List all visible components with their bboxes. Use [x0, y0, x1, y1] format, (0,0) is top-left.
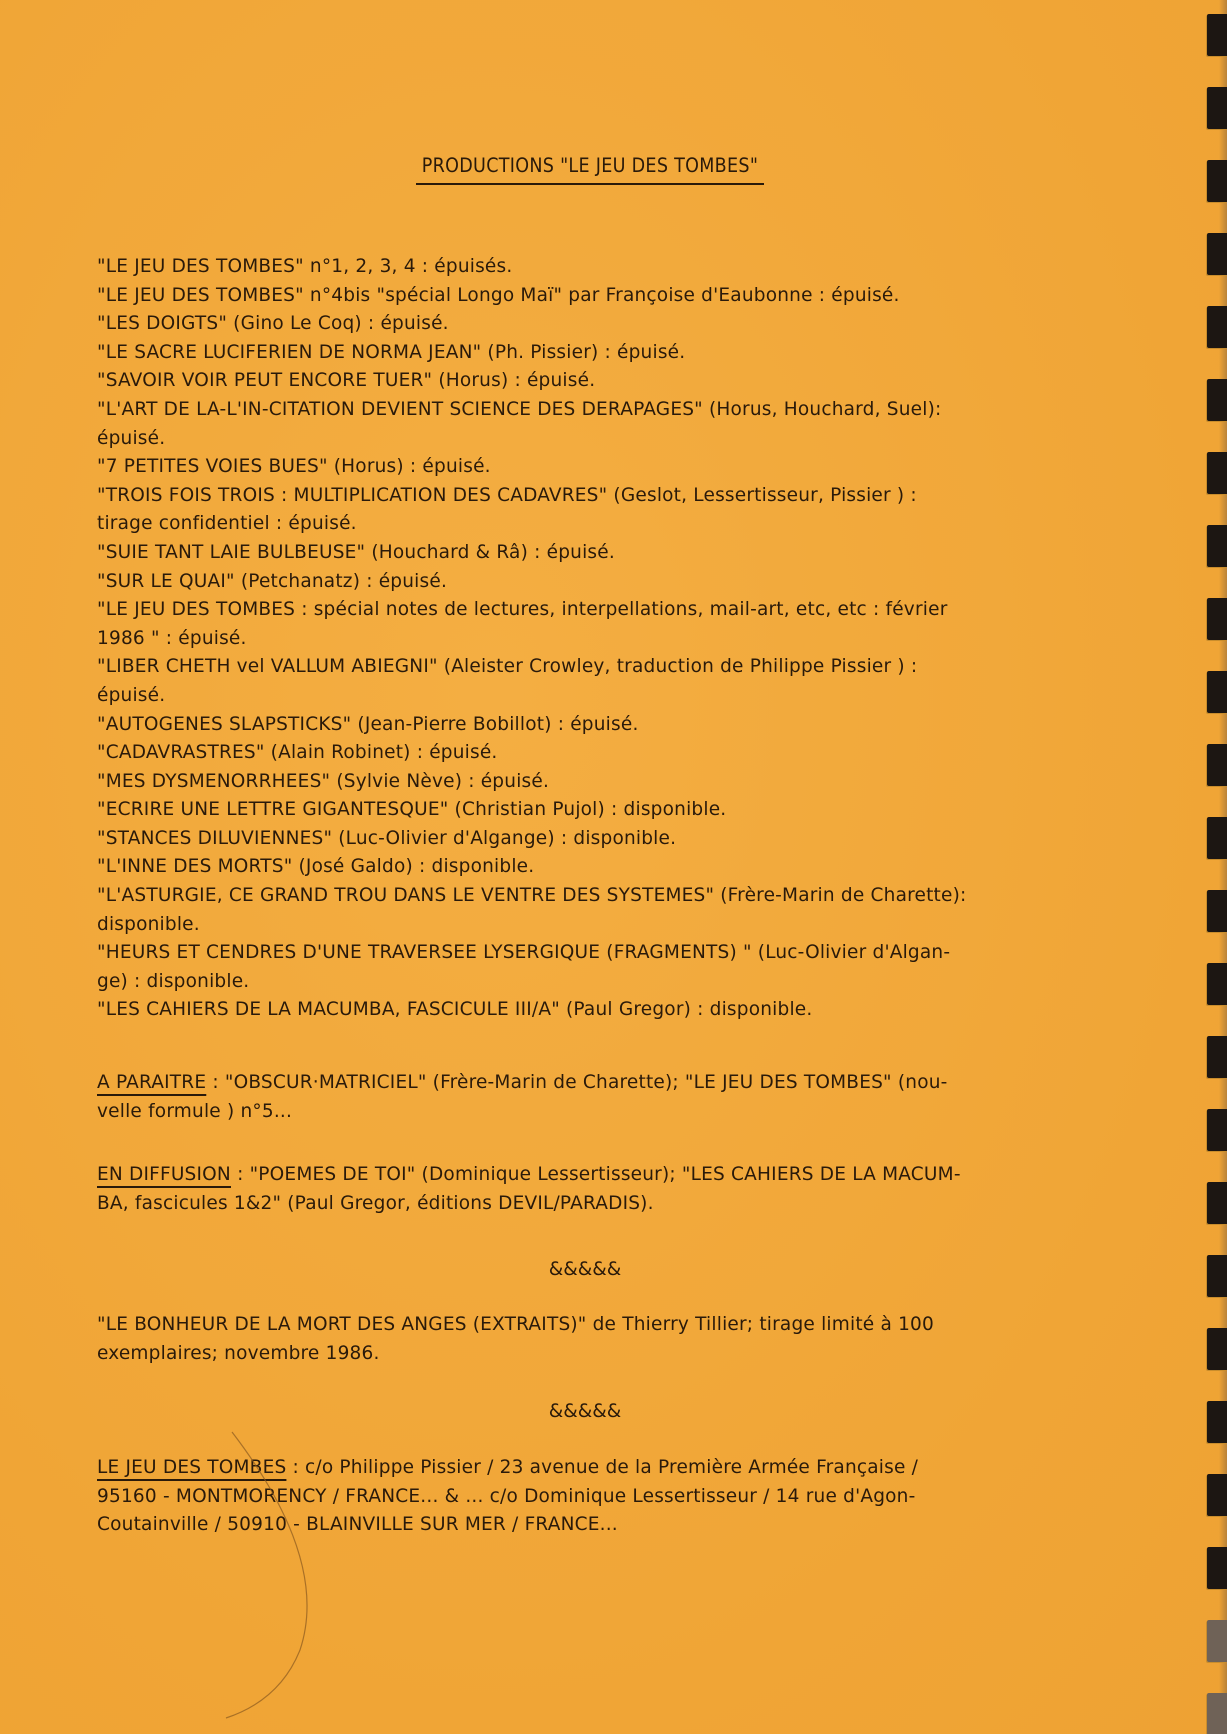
publication-line: "HEURS ET CENDRES D'UNE TRAVERSEE LYSERG…	[97, 939, 1172, 968]
publication-line: "L'INNE DES MORTS" (José Galdo) : dispon…	[97, 853, 1172, 882]
publication-line: "LES CAHIERS DE LA MACUMBA, FASCICULE II…	[97, 996, 1172, 1025]
publication-line: "CADAVRASTRES" (Alain Robinet) : épuisé.	[97, 739, 1172, 768]
diffusion-line-2: BA, fascicules 1&2" (Paul Gregor, éditio…	[97, 1190, 1172, 1219]
publication-line: "SUR LE QUAI" (Petchanatz) : épuisé.	[97, 568, 1172, 597]
special-edition-section: "LE BONHEUR DE LA MORT DES ANGES (EXTRAI…	[97, 1311, 1177, 1368]
forthcoming-line-2: velle formule ) n°5...	[97, 1098, 1172, 1127]
publication-line: épuisé.	[97, 682, 1172, 711]
section-separator: &&&&&	[0, 1401, 1170, 1422]
binding-tab	[1207, 1328, 1227, 1370]
publication-line: "LIBER CHETH vel VALLUM ABIEGNI" (Aleist…	[97, 653, 1172, 682]
binding-tab	[1207, 1255, 1227, 1297]
special-edition-line-2: exemplaires; novembre 1986.	[97, 1340, 1172, 1369]
publication-line: "ECRIRE UNE LETTRE GIGANTESQUE" (Christi…	[97, 796, 1172, 825]
publication-line: "TROIS FOIS TROIS : MULTIPLICATION DES C…	[97, 482, 1172, 511]
contact-line-1: : c/o Philippe Pissier / 23 avenue de la…	[286, 1457, 918, 1478]
binding-tab	[1207, 1693, 1227, 1734]
binding-tab	[1207, 1401, 1227, 1443]
publication-line: disponible.	[97, 911, 1172, 940]
binding-tab	[1207, 817, 1227, 859]
publication-line: "LES DOIGTS" (Gino Le Coq) : épuisé.	[97, 310, 1172, 339]
diffusion-line-1: : "POEMES DE TOI" (Dominique Lessertisse…	[231, 1164, 961, 1185]
document-page: PRODUCTIONS "LE JEU DES TOMBES" "LE JEU …	[0, 0, 1227, 1734]
diffusion-label: EN DIFFUSION	[97, 1164, 231, 1185]
binding-tab	[1207, 890, 1227, 932]
forthcoming-section: A PARAITRE : "OBSCUR·MATRICIEL" (Frère-M…	[97, 1069, 1177, 1126]
publication-line: "AUTOGENES SLAPSTICKS" (Jean-Pierre Bobi…	[97, 711, 1172, 740]
publication-line: "LE JEU DES TOMBES" n°4bis "spécial Long…	[97, 282, 1172, 311]
special-edition-line-1: "LE BONHEUR DE LA MORT DES ANGES (EXTRAI…	[97, 1311, 1172, 1340]
publication-line: "SAVOIR VOIR PEUT ENCORE TUER" (Horus) :…	[97, 367, 1172, 396]
contact-address-section: LE JEU DES TOMBES : c/o Philippe Pissier…	[97, 1454, 1177, 1540]
binding-tab	[1207, 1620, 1227, 1662]
binding-tab	[1207, 598, 1227, 640]
publication-line: "SUIE TANT LAIE BULBEUSE" (Houchard & Râ…	[97, 539, 1172, 568]
publication-line: "MES DYSMENORRHEES" (Sylvie Nève) : épui…	[97, 768, 1172, 797]
forthcoming-label: A PARAITRE	[97, 1072, 206, 1093]
publication-line: "L'ART DE LA-L'IN-CITATION DEVIENT SCIEN…	[97, 396, 1172, 425]
publication-line: "LE SACRE LUCIFERIEN DE NORMA JEAN" (Ph.…	[97, 339, 1172, 368]
contact-line-3: Coutainville / 50910 - BLAINVILLE SUR ME…	[97, 1511, 1172, 1540]
publications-list: "LE JEU DES TOMBES" n°1, 2, 3, 4 : épuis…	[97, 253, 1177, 1025]
binding-tab	[1207, 452, 1227, 494]
publication-line: ge) : disponible.	[97, 968, 1172, 997]
binding-tab	[1207, 87, 1227, 129]
binding-tab	[1207, 379, 1227, 421]
diffusion-section: EN DIFFUSION : "POEMES DE TOI" (Dominiqu…	[97, 1161, 1177, 1218]
binding-tab	[1207, 963, 1227, 1005]
contact-line-2: 95160 - MONTMORENCY / FRANCE... & ... c/…	[97, 1483, 1172, 1512]
publication-line: "LE JEU DES TOMBES" n°1, 2, 3, 4 : épuis…	[97, 253, 1172, 282]
binding-tab	[1207, 525, 1227, 567]
publication-line: "7 PETITES VOIES BUES" (Horus) : épuisé.	[97, 453, 1172, 482]
publication-line: "LE JEU DES TOMBES : spécial notes de le…	[97, 596, 1172, 625]
page-title-text: PRODUCTIONS "LE JEU DES TOMBES"	[416, 154, 764, 185]
binding-tab	[1207, 233, 1227, 275]
binding-tab	[1207, 1109, 1227, 1151]
publication-line: "STANCES DILUVIENNES" (Luc-Olivier d'Alg…	[97, 825, 1172, 854]
binding-tab	[1207, 1036, 1227, 1078]
spiral-binding	[1199, 0, 1227, 1734]
section-separator: &&&&&	[0, 1259, 1170, 1280]
binding-tab	[1207, 1474, 1227, 1516]
binding-tab	[1207, 160, 1227, 202]
forthcoming-line-1: : "OBSCUR·MATRICIEL" (Frère-Marin de Cha…	[206, 1072, 947, 1093]
contact-label: LE JEU DES TOMBES	[97, 1457, 286, 1478]
binding-tab	[1207, 1182, 1227, 1224]
binding-tab	[1207, 14, 1227, 56]
publication-line: épuisé.	[97, 425, 1172, 454]
publication-line: tirage confidentiel : épuisé.	[97, 510, 1172, 539]
binding-tab	[1207, 306, 1227, 348]
publication-line: 1986 " : épuisé.	[97, 625, 1172, 654]
binding-tab	[1207, 671, 1227, 713]
page-title: PRODUCTIONS "LE JEU DES TOMBES"	[0, 154, 1180, 185]
binding-tab	[1207, 744, 1227, 786]
binding-tab	[1207, 1547, 1227, 1589]
publication-line: "L'ASTURGIE, CE GRAND TROU DANS LE VENTR…	[97, 882, 1172, 911]
